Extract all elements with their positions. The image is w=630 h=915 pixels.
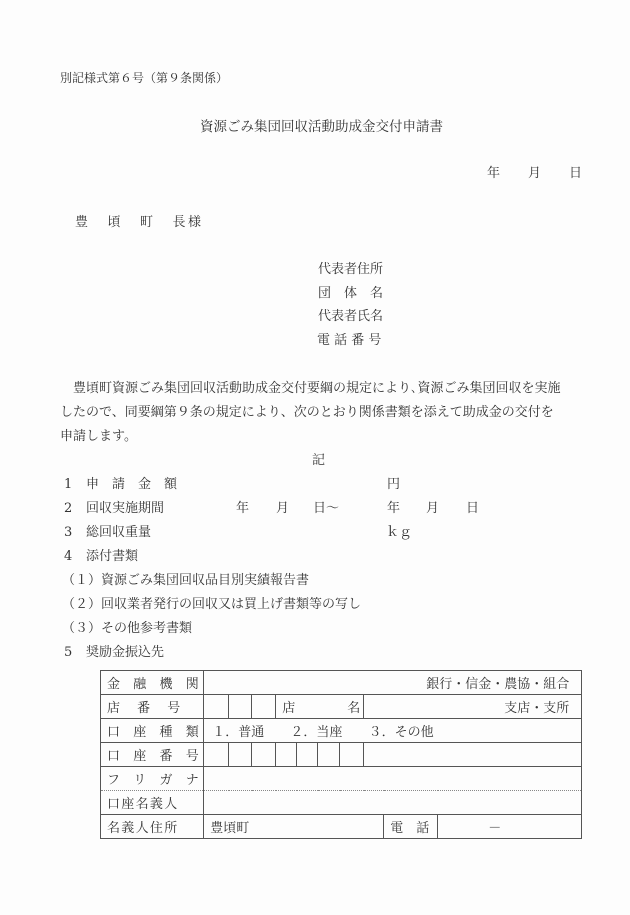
branch-number-digit[interactable] [229, 695, 252, 719]
account-number-row: 口 座 番 号 [101, 743, 582, 767]
item-number: 5 [64, 646, 72, 659]
phone-label: 電 話 [384, 815, 438, 839]
period-from-month: 月 [276, 502, 289, 515]
item-number: 4 [64, 550, 72, 563]
form-id: 別記様式第６号（第９条関係） [60, 72, 228, 84]
body-line-2: したので、同要綱第９条の規定により、次のとおり関係書類を添えて助成金の交付を [60, 406, 554, 419]
holder-address-value: 豊頃町 [210, 821, 249, 836]
account-holder-label: 口座名義人 [101, 791, 204, 815]
bank-transfer-table: 金 融 機 関 銀行・信金・農協・組合 店 番 号 店 名 支店・支所 口 座 … [100, 670, 582, 839]
account-holder-input[interactable] [204, 791, 582, 815]
applicant-address-label: 代表者住所 [318, 263, 383, 276]
holder-address-row: 名義人住所 豊頃町 電 話 － [101, 815, 582, 839]
account-type-label: 口 座 種 類 [101, 719, 204, 743]
account-number-digit[interactable] [204, 743, 229, 767]
document-title: 資源ごみ集団回収活動助成金交付申請書 [200, 121, 443, 135]
account-number-digit[interactable] [229, 743, 252, 767]
item-number: 1 [64, 478, 72, 491]
furigana-label: フ リ ガ ナ [101, 767, 204, 791]
branch-types: 支店・支所 [504, 701, 569, 716]
amount-unit: 円 [387, 478, 400, 491]
institution-row: 金 融 機 関 銀行・信金・農協・組合 [101, 671, 582, 695]
institution-input[interactable]: 銀行・信金・農協・組合 [204, 671, 582, 695]
account-number-digit[interactable] [318, 743, 340, 767]
phone-number-label: 電 話 番 号 [317, 334, 381, 347]
item-number: 3 [64, 526, 72, 539]
ki-heading: 記 [312, 454, 325, 467]
attachment-3: （３）その他参考書類 [62, 622, 192, 635]
item-label-amount: 申 請 金 額 [86, 478, 177, 491]
branch-name-label: 店 名 [276, 695, 364, 719]
period-to-year: 年 [387, 502, 400, 515]
furigana-input[interactable] [204, 767, 582, 791]
addressee-name: 豊 頃 町 長 [75, 216, 189, 229]
account-number-digit[interactable] [252, 743, 276, 767]
attachment-2: （２）回収業者発行の回収又は買上げ書類等の写し [62, 598, 361, 611]
furigana-row: フ リ ガ ナ [101, 767, 582, 791]
item-number: 2 [64, 502, 72, 515]
branch-number-label: 店 番 号 [101, 695, 204, 719]
addressee-honorific: 様 [188, 216, 201, 229]
account-type-options: １．普通 ２．当座 ３．その他 [204, 719, 582, 743]
branch-name-input[interactable]: 支店・支所 [364, 695, 582, 719]
period-to-month: 月 [426, 502, 439, 515]
group-name-label: 団 体 名 [318, 287, 383, 300]
account-number-digit[interactable] [340, 743, 364, 767]
account-holder-row: 口座名義人 [101, 791, 582, 815]
weight-unit: ｋｇ [386, 526, 412, 539]
account-number-rest [364, 743, 582, 767]
period-from-year: 年 [236, 502, 249, 515]
holder-address-label: 名義人住所 [101, 815, 204, 839]
body-line-3: 申請します。 [60, 430, 137, 443]
account-number-digit[interactable] [276, 743, 297, 767]
attachment-1: （１）資源ごみ集団回収品目別実績報告書 [62, 574, 309, 587]
representative-name-label: 代表者氏名 [318, 310, 383, 323]
branch-row: 店 番 号 店 名 支店・支所 [101, 695, 582, 719]
account-type-other[interactable]: ３．その他 [369, 725, 434, 740]
date-year: 年 [487, 167, 500, 180]
account-type-ordinary[interactable]: １．普通 [212, 725, 264, 740]
item-label-weight: 総回収重量 [86, 526, 151, 539]
date-month: 月 [528, 167, 541, 180]
item-label-bank: 奨励金振込先 [86, 646, 164, 659]
phone-input[interactable]: － [438, 815, 582, 839]
branch-number-digit[interactable] [204, 695, 229, 719]
holder-address-input[interactable]: 豊頃町 [204, 815, 384, 839]
phone-separator: － [488, 821, 501, 836]
date-day: 日 [569, 167, 582, 180]
period-from-day: 日～ [313, 502, 339, 515]
body-line-1: 豊頃町資源ごみ集団回収活動助成金交付要綱の規定により､資源ごみ集団回収を実施 [73, 382, 561, 395]
item-label-attachments: 添付書類 [86, 550, 138, 563]
account-number-digit[interactable] [297, 743, 318, 767]
institution-label: 金 融 機 関 [101, 671, 204, 695]
account-type-row: 口 座 種 類 １．普通 ２．当座 ３．その他 [101, 719, 582, 743]
item-label-period: 回収実施期間 [86, 502, 164, 515]
account-type-current[interactable]: ２．当座 [290, 725, 342, 740]
branch-number-digit[interactable] [252, 695, 276, 719]
period-to-day: 日 [466, 502, 479, 515]
institution-types: 銀行・信金・農協・組合 [426, 677, 569, 692]
account-number-label: 口 座 番 号 [101, 743, 204, 767]
